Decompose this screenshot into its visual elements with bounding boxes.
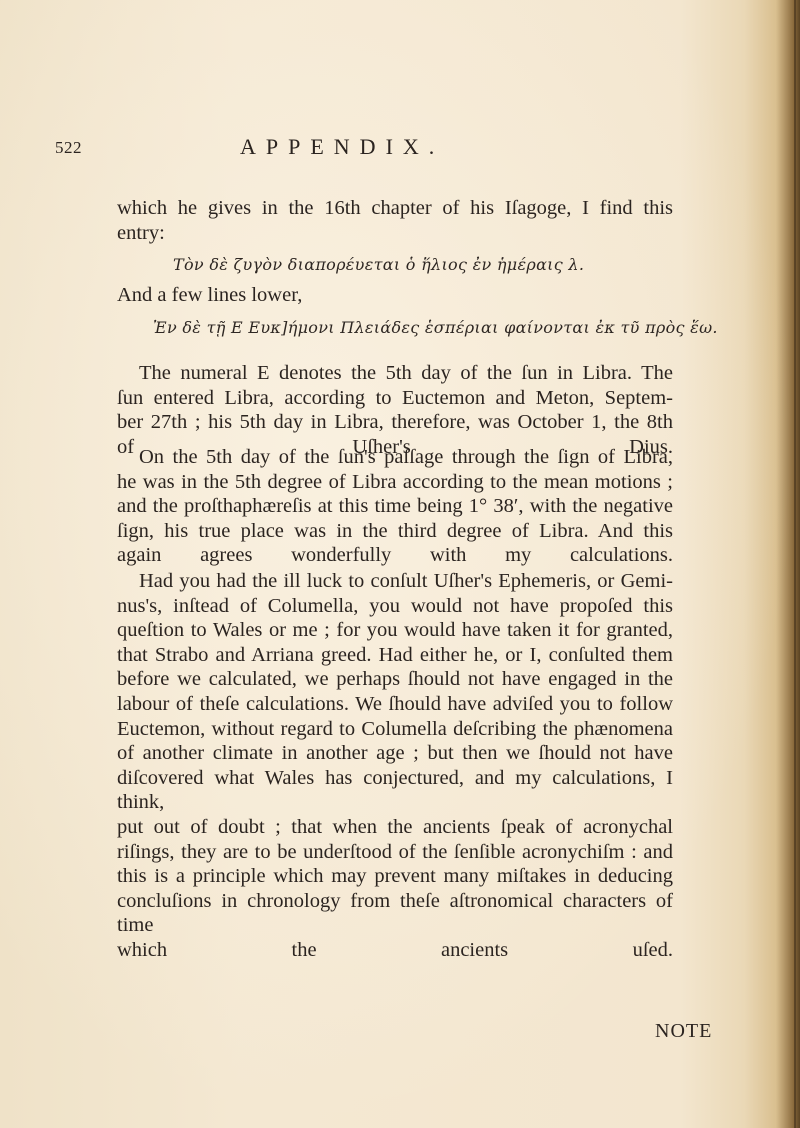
text-line: And a few lines lower, xyxy=(117,283,673,308)
page-number: 522 xyxy=(55,138,82,158)
book-page: 522 APPENDIX. which he gives in the 16th… xyxy=(0,0,800,1128)
greek-quotation: Ἐν δὲ τῇ Ε Ευκ]ήμονι Πλειάδες ἑσπέριαι φ… xyxy=(153,318,718,337)
text-line: queſtion to Wales or me ; for you would … xyxy=(117,618,673,643)
text-line: ſign, his true place was in the third de… xyxy=(117,519,673,544)
text-line: put out of doubt ; that when the ancient… xyxy=(117,815,673,840)
text-line: again agrees wonderfully with my calcula… xyxy=(117,543,673,568)
text-line: that Strabo and Arriana greed. Had eithe… xyxy=(117,643,673,668)
text-line: which he gives in the 16th chapter of hi… xyxy=(117,196,673,221)
catchword: NOTE xyxy=(655,1020,712,1043)
text-line: The numeral E denotes the 5th day of the… xyxy=(117,361,673,386)
text-line: before we calculated, we perhaps ſhould … xyxy=(117,667,673,692)
text-line: ſun entered Libra, according to Euctemon… xyxy=(117,386,673,411)
text-line: riſings, they are to be underſtood of th… xyxy=(117,840,673,865)
text-line: of another climate in another age ; but … xyxy=(117,741,673,766)
text-line: this is a principle which may prevent ma… xyxy=(117,864,673,889)
paragraph: Had you had the ill luck to conſult Uſhe… xyxy=(117,569,673,963)
text-line: entry: xyxy=(117,221,673,246)
intro-paragraph: which he gives in the 16th chapter of hi… xyxy=(117,196,673,245)
text-line: nus's, inſtead of Columella, you would n… xyxy=(117,594,673,619)
text-line: ber 27th ; his 5th day in Libra, therefo… xyxy=(117,410,673,435)
text-line: Euctemon, without regard to Columella de… xyxy=(117,717,673,742)
text-line: which the ancients uſed. xyxy=(117,938,673,963)
text-line: On the 5th day of the ſun's paſſage thro… xyxy=(117,445,673,470)
running-title: APPENDIX. xyxy=(240,134,444,160)
transition-line: And a few lines lower, xyxy=(117,283,673,308)
text-line: diſcovered what Wales has conjectured, a… xyxy=(117,766,673,815)
greek-quotation: Τὸν δὲ ζυγὸν διαπορέυεται ὁ ἥλιος ἐν ἡμέ… xyxy=(173,255,584,274)
page-binding-edge xyxy=(794,0,796,1128)
page-header: 522 APPENDIX. xyxy=(55,134,715,158)
text-line: Had you had the ill luck to conſult Uſhe… xyxy=(117,569,673,594)
text-line: labour of theſe calculations. We ſhould … xyxy=(117,692,673,717)
paragraph: On the 5th day of the ſun's paſſage thro… xyxy=(117,445,673,568)
text-line: he was in the 5th degree of Libra accord… xyxy=(117,470,673,495)
text-line: and the proſthaphæreſis at this time bei… xyxy=(117,494,673,519)
text-line: concluſions in chronology from theſe aſt… xyxy=(117,889,673,938)
